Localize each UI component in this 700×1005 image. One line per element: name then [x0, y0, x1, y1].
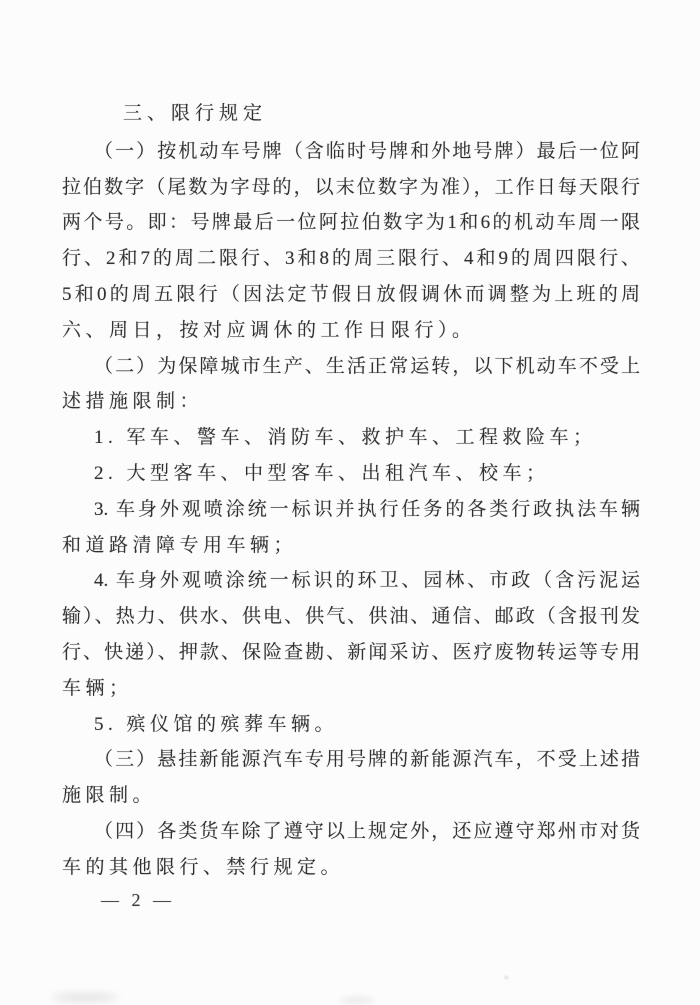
list-item-line: 5. 殡仪馆的殡葬车辆。	[62, 707, 640, 743]
body-line: 拉伯数字（尾数为字母的，以末位数字为准），工作日每天限行	[62, 170, 640, 206]
body-line: 车的其他限行、禁行规定。	[62, 850, 640, 886]
document-body: 三、限行规定 （一）按机动车号牌（含临时号牌和外地号牌）最后一位阿 拉伯数字（尾…	[62, 96, 640, 886]
section-heading: 三、限行规定	[62, 96, 640, 132]
list-item-line: 1. 军车、警车、消防车、救护车、工程救险车；	[62, 420, 640, 456]
body-line: 行、快递）、押款、保险查勘、新闻采访、医疗废物转运等专用	[62, 635, 640, 671]
list-item-line: 4. 车身外观喷涂统一标识的环卫、园林、市政（含污泥运	[62, 563, 640, 599]
list-item-line: 2. 大型客车、中型客车、出租汽车、校车；	[62, 456, 640, 492]
body-line: 述措施限制：	[62, 384, 640, 420]
body-line: 5和0的周五限行（因法定节假日放假调休而调整为上班的周	[62, 277, 640, 313]
body-line: 和道路清障专用车辆；	[62, 528, 640, 564]
body-line: 输）、热力、供水、供电、供气、供油、通信、邮政（含报刊发	[62, 599, 640, 635]
body-line: （二）为保障城市生产、生活正常运转，以下机动车不受上	[62, 349, 640, 385]
list-item-line: 3. 车身外观喷涂统一标识并执行任务的各类行政执法车辆	[62, 492, 640, 528]
body-line: （四）各类货车除了遵守以上规定外，还应遵守郑州市对货	[62, 814, 640, 850]
page-number: — 2 —	[101, 889, 175, 911]
body-line: 六、周日，按对应调休的工作日限行）。	[62, 313, 640, 349]
scan-speck	[505, 976, 508, 979]
body-line: 行、2和7的周二限行、3和8的周三限行、4和9的周四限行、	[62, 241, 640, 277]
scanned-document-page: 三、限行规定 （一）按机动车号牌（含临时号牌和外地号牌）最后一位阿 拉伯数字（尾…	[0, 0, 700, 1005]
body-line: 施限制。	[62, 778, 640, 814]
scan-smudge	[340, 997, 374, 1004]
body-line: 车辆；	[62, 671, 640, 707]
body-line: （一）按机动车号牌（含临时号牌和外地号牌）最后一位阿	[62, 134, 640, 170]
body-line: （三）悬挂新能源汽车专用号牌的新能源汽车，不受上述措	[62, 742, 640, 778]
scan-smudge	[52, 993, 118, 1002]
body-line: 两个号。即：号牌最后一位阿拉伯数字为1和6的机动车周一限	[62, 205, 640, 241]
